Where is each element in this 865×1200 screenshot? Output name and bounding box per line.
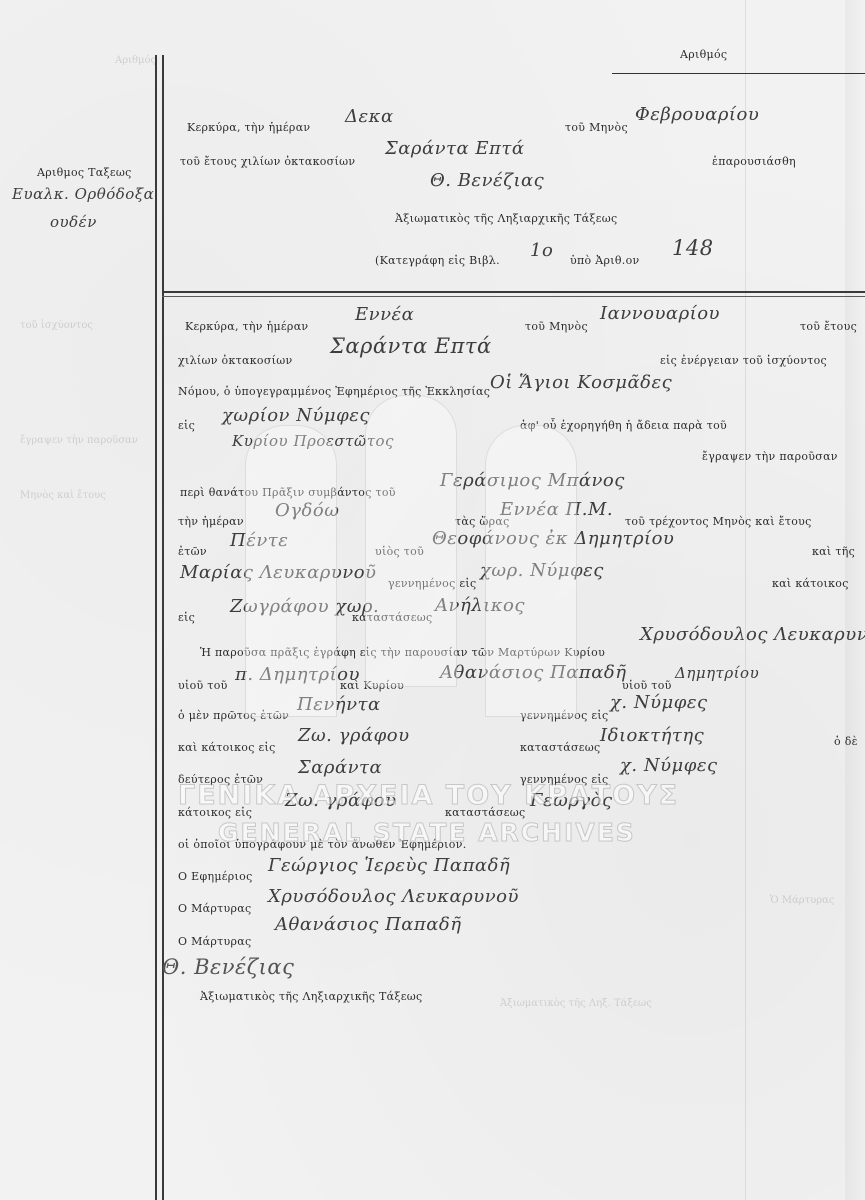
bleedthrough-text: Μηνὸς καὶ ἔτους <box>20 490 106 501</box>
record-label: ἐτῶν <box>178 545 207 558</box>
record-label: τοῦ ἔτους <box>800 320 857 333</box>
record-label: γεννημένος εἰς <box>388 577 476 590</box>
record-label: ἀφ' οὗ ἐχορηγήθη ἡ ἄδεια παρὰ τοῦ <box>520 419 727 432</box>
record-label: περὶ θανάτου Πρᾶξιν συμβάντος τοῦ <box>180 486 396 499</box>
officer-title: Ἀξιωματικὸς τῆς Ληξιαρχικῆς Τάξεως <box>395 212 618 225</box>
handwritten-witness1-status: Ιδιοκτήτης <box>600 725 704 746</box>
record-label: υἱοῦ τοῦ <box>178 679 228 692</box>
handwritten-authority: Κυρίου Προεστῶτος <box>232 432 394 450</box>
record-label: γεννημένος εἰς <box>520 709 608 722</box>
priest-signature: Γεώργιος Ἱερεὺς Παπαδῆ <box>268 855 510 876</box>
margin-note: ὁ δὲ <box>834 735 858 748</box>
record-label: τὴν ἡμέραν <box>178 515 244 528</box>
left-margin-label: Αριθμος Ταξεως <box>37 166 132 179</box>
register-label: (Κατεγράφη εἰς Βιβλ. <box>375 254 500 267</box>
handwritten-day: Δεκα <box>345 106 394 127</box>
header-label: τοῦ Μηνὸς <box>565 121 628 134</box>
signature-label: Ο Εφημέριος <box>178 870 253 883</box>
watermark-english: GENERAL STATE ARCHIVES <box>218 818 636 847</box>
record-label: εἰς <box>178 419 195 432</box>
page-fold-line <box>745 0 746 1200</box>
record-label: καὶ Κυρίου <box>340 679 404 692</box>
header-label: τοῦ ἔτους χιλίων ὀκτακοσίων <box>180 155 355 168</box>
handwritten-witness2-birthplace: χ. Νύμφες <box>620 755 718 776</box>
witness2-signature: Αθανάσιος Παπαδῆ <box>275 914 462 935</box>
record-label: καταστάσεως <box>352 611 432 624</box>
handwritten-year: Σαράντα Επτά <box>330 334 492 358</box>
handwritten-witness1-age: Πενήντα <box>297 694 381 715</box>
officer-signature: Θ. Βενέζιας <box>430 170 544 191</box>
record-label: τοῦ Μηνὸς <box>525 320 588 333</box>
header-label: ἐπαρουσιάσθη <box>712 155 796 168</box>
bleedthrough-text: ἔγραψεν τὴν παροῦσαν <box>20 435 138 446</box>
handwritten-father: Θεοφάνους ἐκ Δημητρίου <box>432 528 674 549</box>
handwritten-day: Εννέα <box>355 304 414 325</box>
section-divider <box>162 291 865 297</box>
handwritten-church: Οἱ Ἅγιοι Κοσμᾶδες <box>490 372 672 393</box>
handwritten-age: Πέντε <box>230 530 288 551</box>
handwritten-status: Ανήλικος <box>435 595 525 616</box>
register-label: ὑπὸ Ἀριθ.ον <box>570 254 640 267</box>
handwritten-book: 1ο <box>530 240 553 261</box>
record-label: χιλίων ὀκτακοσίων <box>178 354 293 367</box>
handwritten-birthplace: χωρ. Νύμφες <box>480 560 604 581</box>
handwritten-register-number: 148 <box>672 236 714 260</box>
handwritten-witness1: Χρυσόδουλος Λευκαρυνοῦ <box>640 624 865 645</box>
margin-double-rule <box>155 55 164 1200</box>
bleedthrough-text: Ἀξιωματικὸς τῆς Ληξ. Τάξεως <box>500 998 652 1009</box>
record-label: ὁ μὲν πρῶτος ἐτῶν <box>178 709 289 722</box>
handwritten-month: Φεβρουαρίου <box>635 104 759 125</box>
record-label: τοῦ τρέχοντος Μηνὸς καὶ ἔτους <box>625 515 812 528</box>
bleedthrough-text: Αριθμός <box>115 55 156 66</box>
record-label: καὶ κάτοικος <box>772 577 849 590</box>
handwritten-witness2-father: Δημητρίου <box>675 664 759 682</box>
record-label: Κερκύρα, τὴν ἡμέραν <box>185 320 308 333</box>
bleedthrough-text: Ὁ Μάρτυρας <box>770 895 835 906</box>
header-label: Κερκύρα, τὴν ἡμέραν <box>187 121 310 134</box>
record-label: εἰς <box>178 611 195 624</box>
handwritten-witness1-birthplace: χ. Νύμφες <box>610 692 708 713</box>
page-edge <box>845 0 865 1200</box>
officer-title: Ἀξιωματικὸς τῆς Ληξιαρχικῆς Τάξεως <box>200 990 423 1003</box>
record-label: καταστάσεως <box>520 741 600 754</box>
handwritten-day: Ογδόω <box>275 500 339 521</box>
handwritten-witness2: Αθανάσιος Παπαδῆ <box>440 662 627 683</box>
number-label: Αριθμός <box>680 48 727 61</box>
number-underline <box>612 73 865 74</box>
handwritten-witness1-residence: Ζω. γράφου <box>298 725 410 746</box>
officer-signature: Θ. Βενέζιας <box>162 955 294 979</box>
record-label: ἔγραψεν τὴν παροῦσαν <box>702 450 838 463</box>
record-label: καὶ κάτοικος εἰς <box>178 741 276 754</box>
record-label: εἰς ἐνέργειαν τοῦ ἰσχύοντος <box>660 354 827 367</box>
witness1-signature: Χρυσόδουλος Λευκαρυνοῦ <box>268 886 519 907</box>
handwritten-village: χωρίον Νύμφες <box>222 405 370 426</box>
record-label: Νόμου, ὁ ὑπογεγραμμένος Ἐφημέριος τῆς Ἐκ… <box>178 385 490 398</box>
record-label: Ἡ παροῦσα πρᾶξις ἐγράφη εἰς τὴν παρουσία… <box>200 646 605 659</box>
left-margin-handwritten: Ευαλκ. Ορθόδοξα <box>12 185 154 203</box>
handwritten-deceased-name: Γεράσιμος Μπάνος <box>440 470 625 491</box>
watermark-greek: ΓΕΝΙΚΑ ΑΡΧΕΙΑ ΤΟΥ ΚΡΑΤΟΥΣ <box>178 780 679 811</box>
handwritten-mother: Μαρίας Λευκαρυνοῦ <box>180 562 377 583</box>
handwritten-witness2-age: Σαράντα <box>298 757 382 778</box>
document-page: Αριθμός τοῦ ἰσχύοντος ἔγραψεν τὴν παροῦσ… <box>0 0 865 1200</box>
record-label: υἱοῦ τοῦ <box>622 679 672 692</box>
record-label: καὶ τῆς <box>812 545 855 558</box>
signature-label: Ο Μάρτυρας <box>178 935 252 948</box>
handwritten-month: Ιαννουαρίου <box>600 303 720 324</box>
handwritten-year: Σαράντα Επτά <box>385 138 524 159</box>
record-label: υἱὸς τοῦ <box>375 545 424 558</box>
handwritten-hour: Εννέα Π.Μ. <box>500 499 613 520</box>
signature-label: Ο Μάρτυρας <box>178 902 252 915</box>
left-margin-handwritten: ουδέν <box>50 213 97 231</box>
bleedthrough-text: τοῦ ἰσχύοντος <box>20 320 93 331</box>
